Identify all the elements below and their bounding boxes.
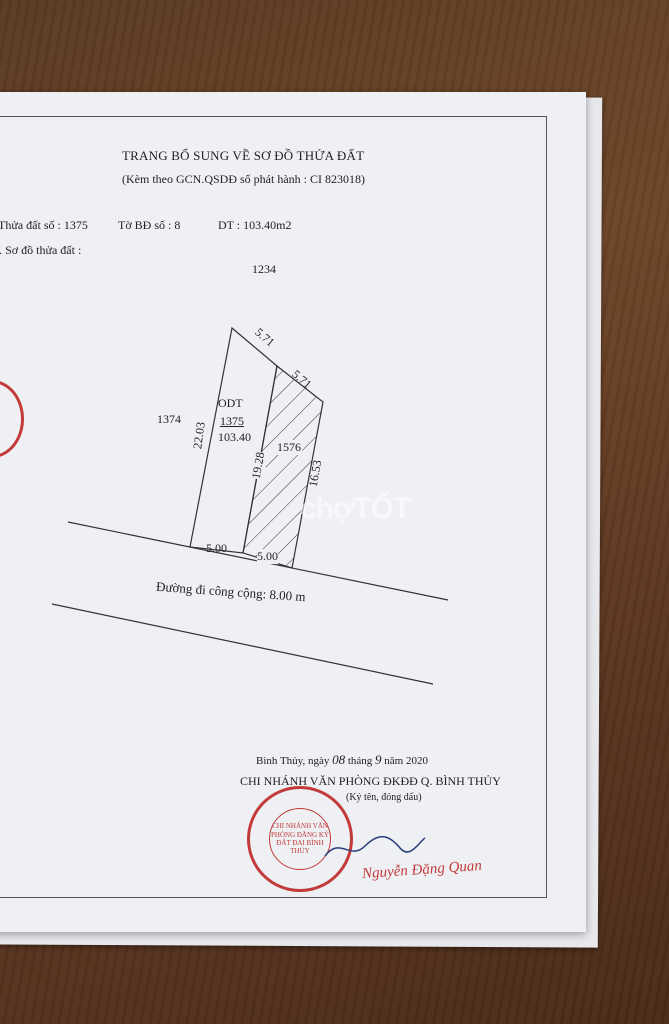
dimension-bottom-left: 5.00 xyxy=(206,541,227,556)
sign-note: (Ký tên, đóng dấu) xyxy=(346,792,422,803)
north-parcel-number: 1234 xyxy=(252,262,276,277)
road-edge-lower xyxy=(52,604,433,684)
handwritten-signature xyxy=(320,826,430,866)
issuing-office: CHI NHÁNH VĂN PHÒNG ĐKĐĐ Q. BÌNH THỦY xyxy=(240,774,501,789)
adjacent-parcel-number: 1576 xyxy=(276,440,302,455)
parcel-number-on-map: 1375 xyxy=(220,414,244,429)
date-line: Bình Thủy, ngày 08 tháng 9 năm 2020 xyxy=(256,752,428,768)
watermark: chợTỐT xyxy=(300,492,410,526)
date-month: 9 xyxy=(375,752,382,767)
west-parcel-number: 1374 xyxy=(157,412,181,427)
date-day: 08 xyxy=(332,752,345,767)
date-month-word: tháng xyxy=(348,755,372,767)
date-prefix: Bình Thủy, ngày xyxy=(256,755,329,767)
date-year: năm 2020 xyxy=(384,755,428,767)
land-type-code: ODT xyxy=(218,396,243,411)
parcel-area-on-map: 103.40 xyxy=(218,430,251,445)
dimension-bottom-right: 5.00 xyxy=(257,549,278,564)
